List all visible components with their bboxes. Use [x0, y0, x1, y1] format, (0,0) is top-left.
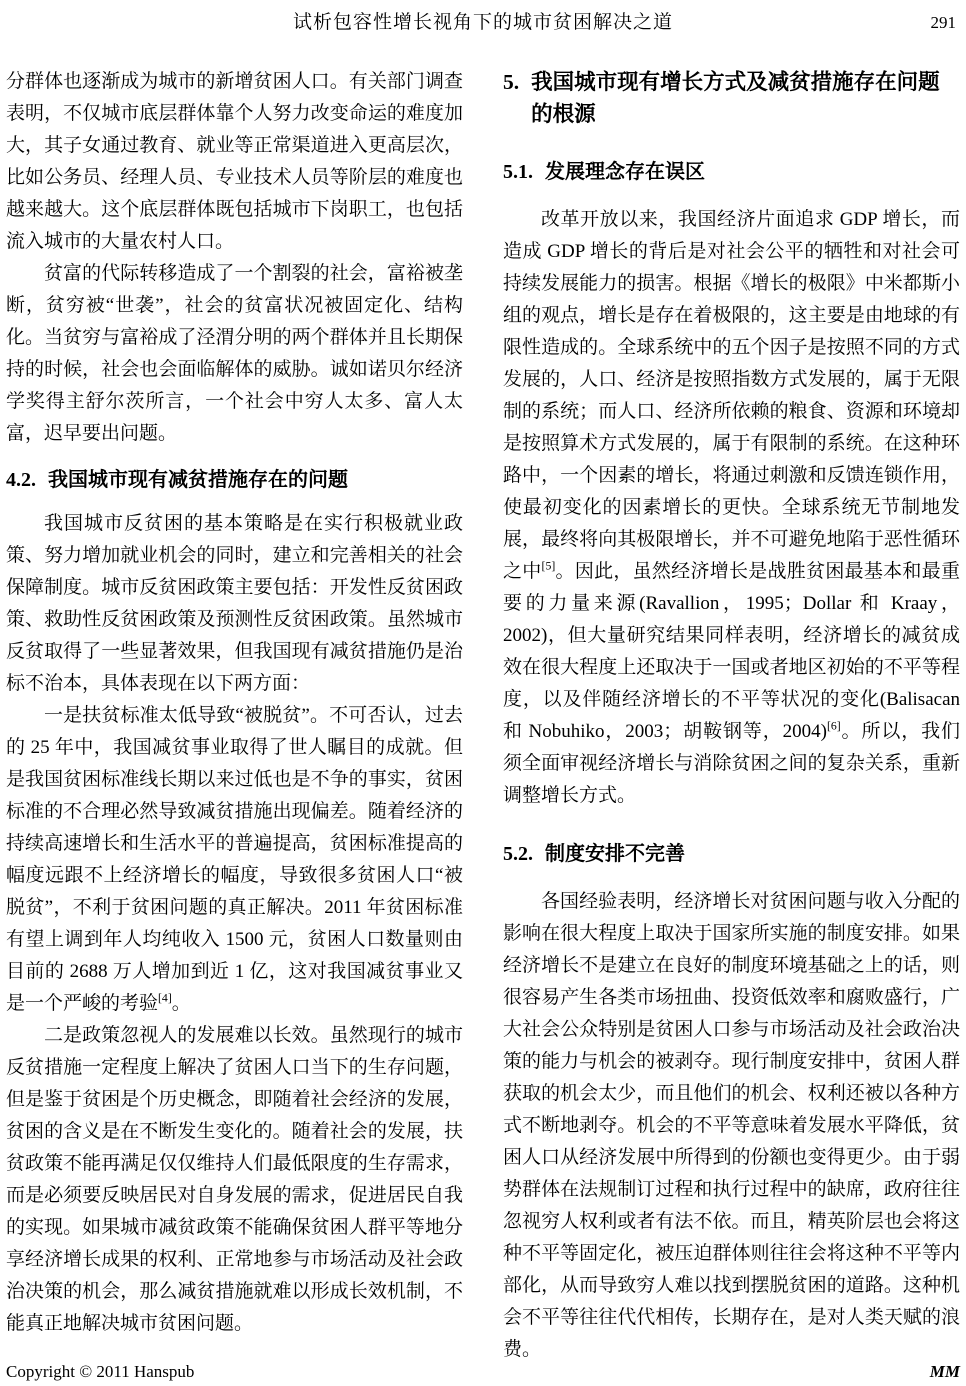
section-title: 我国城市现有减贫措施存在的问题 — [48, 466, 348, 494]
page-footer: Copyright © 2011 Hanspub MM — [6, 1362, 960, 1382]
running-head: 试析包容性增长视角下的城市贫困解决之道 291 — [6, 10, 960, 44]
section-title: 我国城市现有增长方式及减贫措施存在问题的根源 — [531, 66, 960, 130]
paper-page: 试析包容性增长视角下的城市贫困解决之道 291 分群体也逐渐成为城市的新增贫困人… — [0, 0, 966, 1386]
body-paragraph: 一是扶贫标准太低导致“被脱贫”。不可否认，过去的 25 年中，我国减贫事业取得了… — [6, 700, 463, 1020]
section-heading-5-1: 5.1. 发展理念存在误区 — [503, 158, 960, 186]
body-paragraph: 改革开放以来，我国经济片面追求 GDP 增长，而造成 GDP 增长的背后是对社会… — [503, 204, 960, 812]
section-heading-5: 5. 我国城市现有增长方式及减贫措施存在问题的根源 — [503, 66, 960, 130]
body-paragraph: 二是政策忽视人的发展难以长效。虽然现行的城市反贫措施一定程度上解决了贫困人口当下… — [6, 1020, 463, 1340]
section-number: 4.2. — [6, 466, 36, 494]
page-number: 291 — [931, 10, 957, 36]
body-paragraph: 我国城市反贫困的基本策略是在实行积极就业政策、努力增加就业机会的同时，建立和完善… — [6, 508, 463, 700]
section-heading-4-2: 4.2. 我国城市现有减贫措施存在的问题 — [6, 466, 463, 494]
journal-mark: MM — [930, 1362, 960, 1382]
running-title: 试析包容性增长视角下的城市贫困解决之道 — [6, 10, 960, 36]
section-title: 制度安排不完善 — [545, 840, 685, 868]
section-number: 5.1. — [503, 158, 533, 186]
body-paragraph: 贫富的代际转移造成了一个割裂的社会，富裕被垄断，贫穷被“世袭”，社会的贫富状况被… — [6, 258, 463, 450]
left-column: 分群体也逐渐成为城市的新增贫困人口。有关部门调查表明，不仅城市底层群体靠个人努力… — [6, 66, 463, 1366]
right-column: 5. 我国城市现有增长方式及减贫措施存在问题的根源 5.1. 发展理念存在误区 … — [503, 66, 960, 1366]
section-number: 5.2. — [503, 840, 533, 868]
section-title: 发展理念存在误区 — [545, 158, 705, 186]
body-paragraph: 分群体也逐渐成为城市的新增贫困人口。有关部门调查表明，不仅城市底层群体靠个人努力… — [6, 66, 463, 258]
copyright-text: Copyright © 2011 Hanspub — [6, 1362, 194, 1382]
section-number: 5. — [503, 66, 519, 98]
section-heading-5-2: 5.2. 制度安排不完善 — [503, 840, 960, 868]
body-paragraph: 各国经验表明，经济增长对贫困问题与收入分配的影响在很大程度上取决于国家所实施的制… — [503, 886, 960, 1366]
two-column-body: 分群体也逐渐成为城市的新增贫困人口。有关部门调查表明，不仅城市底层群体靠个人努力… — [6, 66, 960, 1366]
